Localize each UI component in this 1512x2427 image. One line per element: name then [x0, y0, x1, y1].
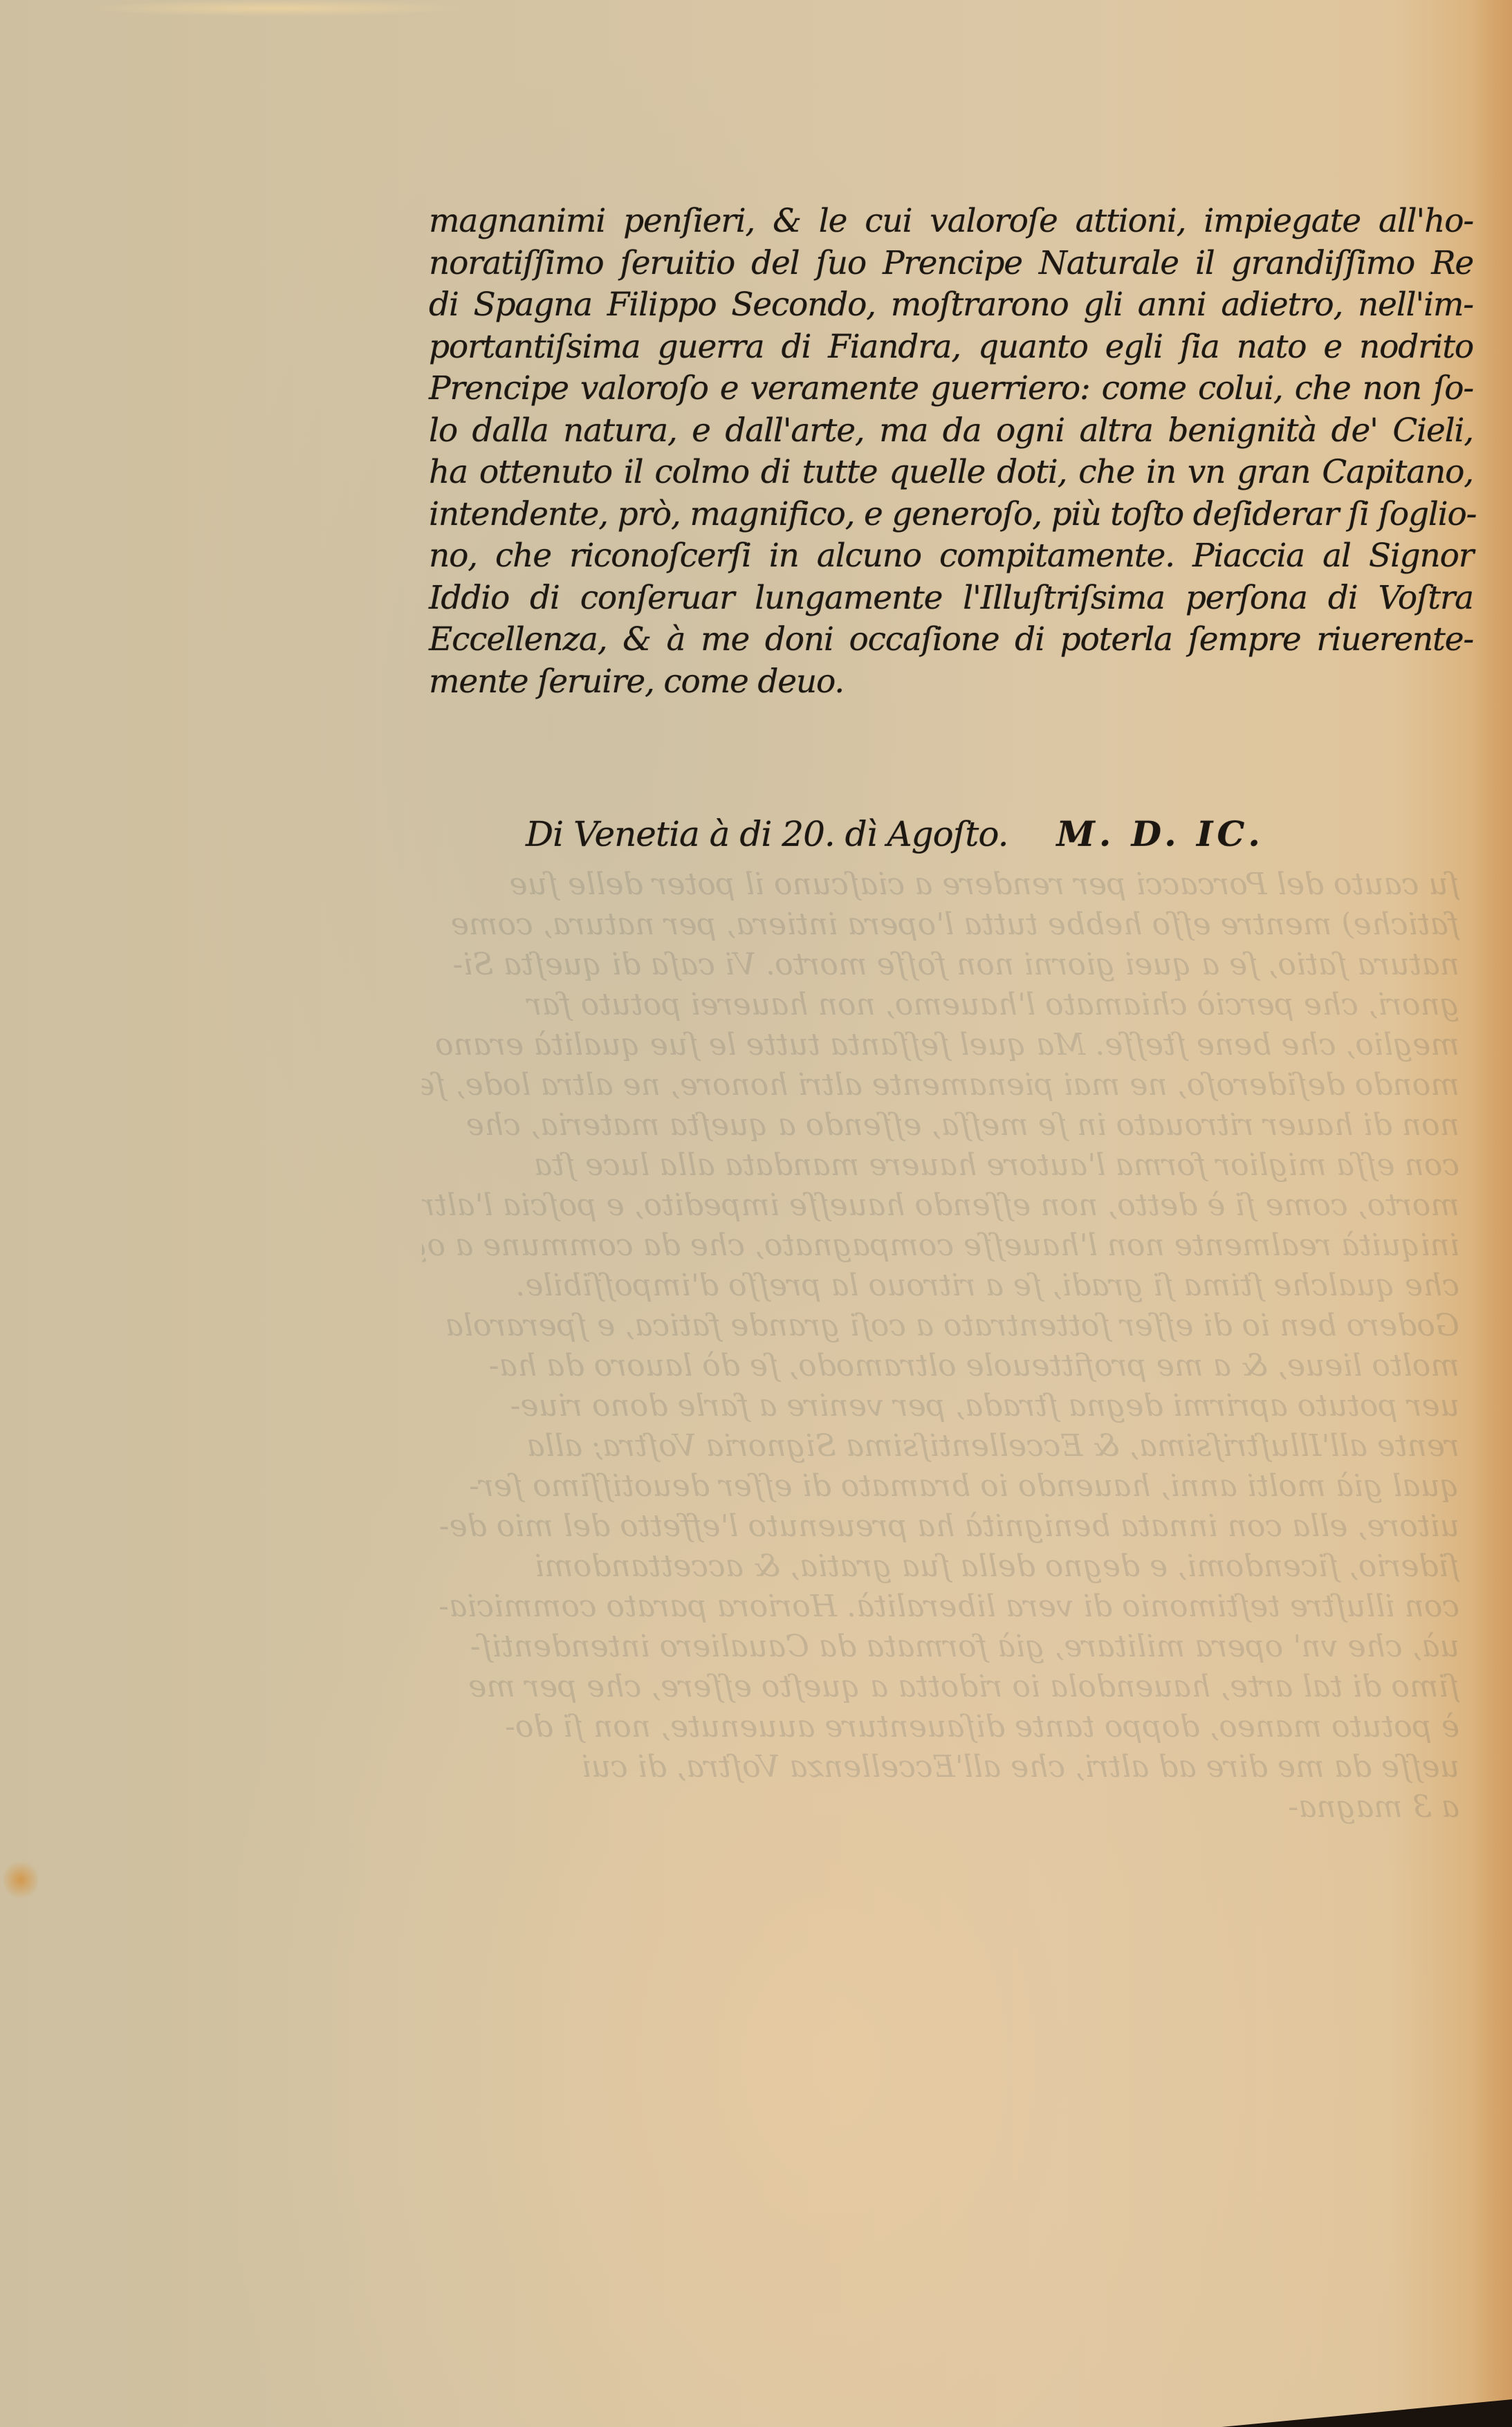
- bleed-line: ſimo di tal arte, hauendola io ridotta a…: [422, 1667, 1459, 1707]
- bleed-line: con eſſa miglior forma l'autore hauere m…: [422, 1145, 1459, 1185]
- bleed-line: uà, che vn' opera militare, già formata …: [422, 1627, 1459, 1667]
- bleed-line: ueſſe da me dire ad altri, che all'Eccel…: [422, 1747, 1459, 1787]
- text-line: ha ottenuto il colmo di tutte quelle dot…: [429, 452, 1473, 494]
- bleed-line: Godero ben io di eſſer ſottentrato a coſ…: [422, 1306, 1459, 1346]
- text-line: Eccellenza, & à me doni occaſione di pot…: [429, 619, 1473, 661]
- text-line: mente ſeruire, come deuo.: [429, 661, 1473, 703]
- bleed-line: a 3 magna-: [422, 1787, 1459, 1827]
- bleed-line: molto lieue, & a me profitteuole oltramo…: [422, 1346, 1459, 1386]
- text-line: Iddio di conſeruar lungamente l'Illuſtri…: [429, 578, 1473, 620]
- bleed-line: non di hauer ritrouato in ſe meſſa, eſſe…: [422, 1105, 1459, 1145]
- text-line: lo dalla natura, e dall'arte, ma da ogni…: [429, 410, 1473, 452]
- bleed-line: meglio, che bene ſteſſe. Ma quel ſeſſant…: [422, 1025, 1459, 1065]
- bleed-line: qual già molti anni, hauendo io bramato …: [422, 1466, 1459, 1506]
- bleed-line: ſiderio, ſicendomi, e degno della ſua gr…: [422, 1547, 1459, 1587]
- scanned-page: ſu cauto del Porcacci per rendere a ciaſ…: [0, 0, 1512, 2427]
- page-edge: [1470, 0, 1512, 2427]
- dateline-place-date: Di Venetia à di 20. dì Agoſto.: [526, 814, 1008, 854]
- foxing-spot: [3, 1859, 38, 1901]
- bleed-line: con illuſtre teſtimonio di vera liberali…: [422, 1587, 1459, 1627]
- bleed-line: gnori, che perciò chiamato l'hauemo, non…: [422, 985, 1459, 1025]
- bleed-line: ſu cauto del Porcacci per rendere a ciaſ…: [422, 865, 1459, 905]
- body-text: magnanimi penſieri, & le cui valoroſe at…: [429, 201, 1473, 703]
- bleed-line: che qualche ſtima ſi gradi, ſe a ritrouo…: [422, 1266, 1459, 1306]
- bleed-line: iniquità realmente non l'haueſſe compagn…: [422, 1226, 1459, 1266]
- bleed-line: fatiche) mentre eſſo hebbe tutta l'opera…: [422, 905, 1459, 945]
- dateline: Di Venetia à di 20. dì Agoſto.M. D. IC.: [526, 813, 1264, 854]
- text-line: magnanimi penſieri, & le cui valoroſe at…: [429, 201, 1473, 243]
- dateline-year: M. D. IC.: [1057, 813, 1264, 854]
- text-line: portantiſsima guerra di Fiandra, quanto …: [429, 326, 1473, 369]
- bleed-through-text: ſu cauto del Porcacci per rendere a ciaſ…: [422, 865, 1459, 1827]
- bleed-line: rente all'Illuſtriſsima, & Eccellentiſsi…: [422, 1426, 1459, 1466]
- bleed-line: uitore, ella con innata benignità ha pre…: [422, 1506, 1459, 1547]
- bleed-line: mondo deſideroſo, ne mai pienamente altr…: [422, 1065, 1459, 1105]
- text-line: no, che riconoſcerſi in alcuno compitame…: [429, 535, 1473, 578]
- bleed-line: morto, come ſi è detto, non eſſendo haue…: [422, 1185, 1459, 1226]
- paper-stain: [83, 0, 470, 17]
- text-line: di Spagna Filippo Secondo, moſtrarono gl…: [429, 284, 1473, 326]
- text-line: intendente, prò, magnifico, e generoſo, …: [429, 494, 1473, 536]
- text-line: Prencipe valoroſo e veramente guerriero:…: [429, 368, 1473, 410]
- text-line: noratiſſimo ſeruitio del ſuo Prencipe Na…: [429, 243, 1473, 285]
- bleed-line: uer potuto aprirmi degna ſtrada, per ven…: [422, 1386, 1459, 1426]
- bleed-line: è potuto maneo, doppo tante diſauenture …: [422, 1707, 1459, 1747]
- bleed-line: natura ſatio, ſe a quei giorni non foſſe…: [422, 945, 1459, 985]
- page-corner-shadow: [1221, 2399, 1512, 2427]
